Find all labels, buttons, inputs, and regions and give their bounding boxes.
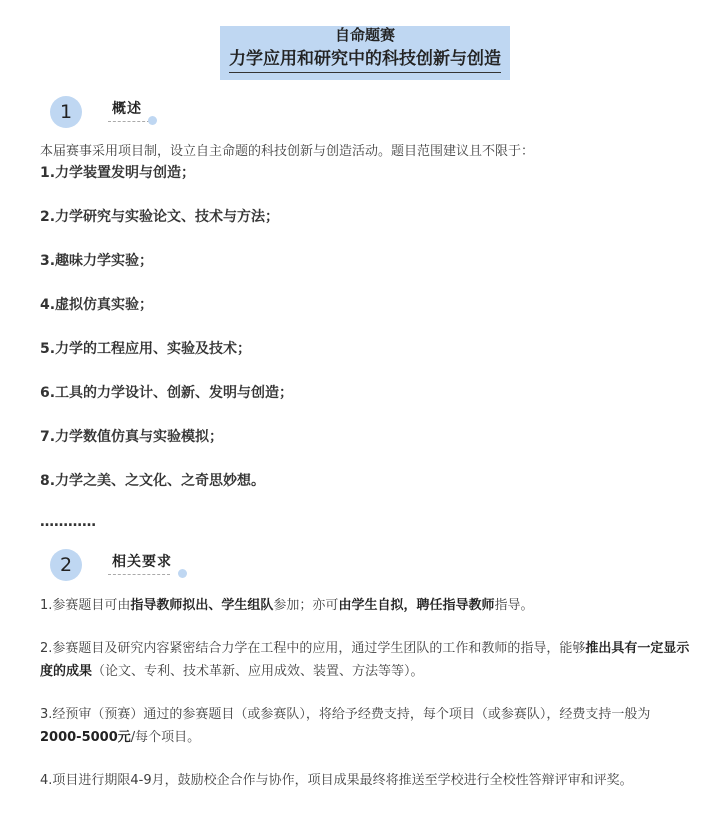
requirement-paragraph: 3.经预审（预赛）通过的参赛题目（或参赛队），将给予经费支持，每个项目（或参赛队…: [40, 703, 690, 749]
section-heading-requirements: 2 相关要求: [50, 549, 250, 585]
section-title: 概述: [112, 98, 142, 118]
req-emphasis: 指导教师拟出、学生组队: [130, 598, 273, 613]
section-number-badge: 2: [50, 549, 82, 581]
page-title: 力学应用和研究中的科技创新与创造: [229, 48, 501, 73]
dashed-underline: [108, 121, 150, 122]
req-emphasis: 由学生自拟，聘任指导教师: [338, 598, 494, 613]
topic-item: 5.力学的工程应用、实验及技术；: [40, 339, 251, 359]
ellipsis-text: …………: [40, 514, 96, 530]
req-text: 参加；亦可: [273, 598, 338, 613]
dot-decoration-icon: [148, 116, 157, 125]
requirement-paragraph: 1.参赛题目可由指导教师拟出、学生组队参加；亦可由学生自拟，聘任指导教师指导。: [40, 594, 690, 617]
req-text: 3.经预审（预赛）通过的参赛题目（或参赛队），将给予经费支持，每个项目（或参赛队…: [40, 707, 650, 722]
dot-decoration-icon: [178, 569, 187, 578]
req-text: 4.项目进行期限4-9月，鼓励校企合作与协作，项目成果最终将推送至学校进行全校性…: [40, 773, 633, 788]
req-text: /每个项目。: [131, 730, 200, 745]
topic-item: 1.力学装置发明与创造；: [40, 163, 195, 183]
topic-item: 4.虚拟仿真实验；: [40, 295, 153, 315]
topic-item: 8.力学之美、之文化、之奇思妙想。: [40, 471, 265, 491]
section-number-badge: 1: [50, 96, 82, 128]
section-title: 相关要求: [112, 551, 172, 571]
section-heading-overview: 1 概述: [50, 96, 250, 132]
dashed-underline: [108, 574, 170, 575]
topic-item: 7.力学数值仿真与实验模拟；: [40, 427, 223, 447]
requirement-paragraph: 2.参赛题目及研究内容紧密结合力学在工程中的应用，通过学生团队的工作和教师的指导…: [40, 637, 690, 683]
req-text: 指导。: [494, 598, 533, 613]
topic-item: 2.力学研究与实验论文、技术与方法；: [40, 207, 279, 227]
req-text: 1.参赛题目可由: [40, 598, 130, 613]
page-subtitle: 自命题赛: [220, 26, 510, 44]
topic-item: 3.趣味力学实验；: [40, 251, 153, 271]
req-text: 2.参赛题目及研究内容紧密结合力学在工程中的应用，通过学生团队的工作和教师的指导…: [40, 641, 585, 656]
intro-paragraph: 本届赛事采用项目制，设立自主命题的科技创新与创造活动。题目范围建议且不限于：: [40, 143, 534, 161]
topic-item: 6.工具的力学设计、创新、发明与创造；: [40, 383, 293, 403]
req-text: （论文、专利、技术革新、应用成效、装置、方法等等）。: [92, 664, 424, 679]
req-emphasis: 2000-5000元: [40, 730, 131, 745]
title-banner: 自命题赛 力学应用和研究中的科技创新与创造: [220, 26, 510, 80]
requirement-paragraph: 4.项目进行期限4-9月，鼓励校企合作与协作，项目成果最终将推送至学校进行全校性…: [40, 769, 690, 792]
